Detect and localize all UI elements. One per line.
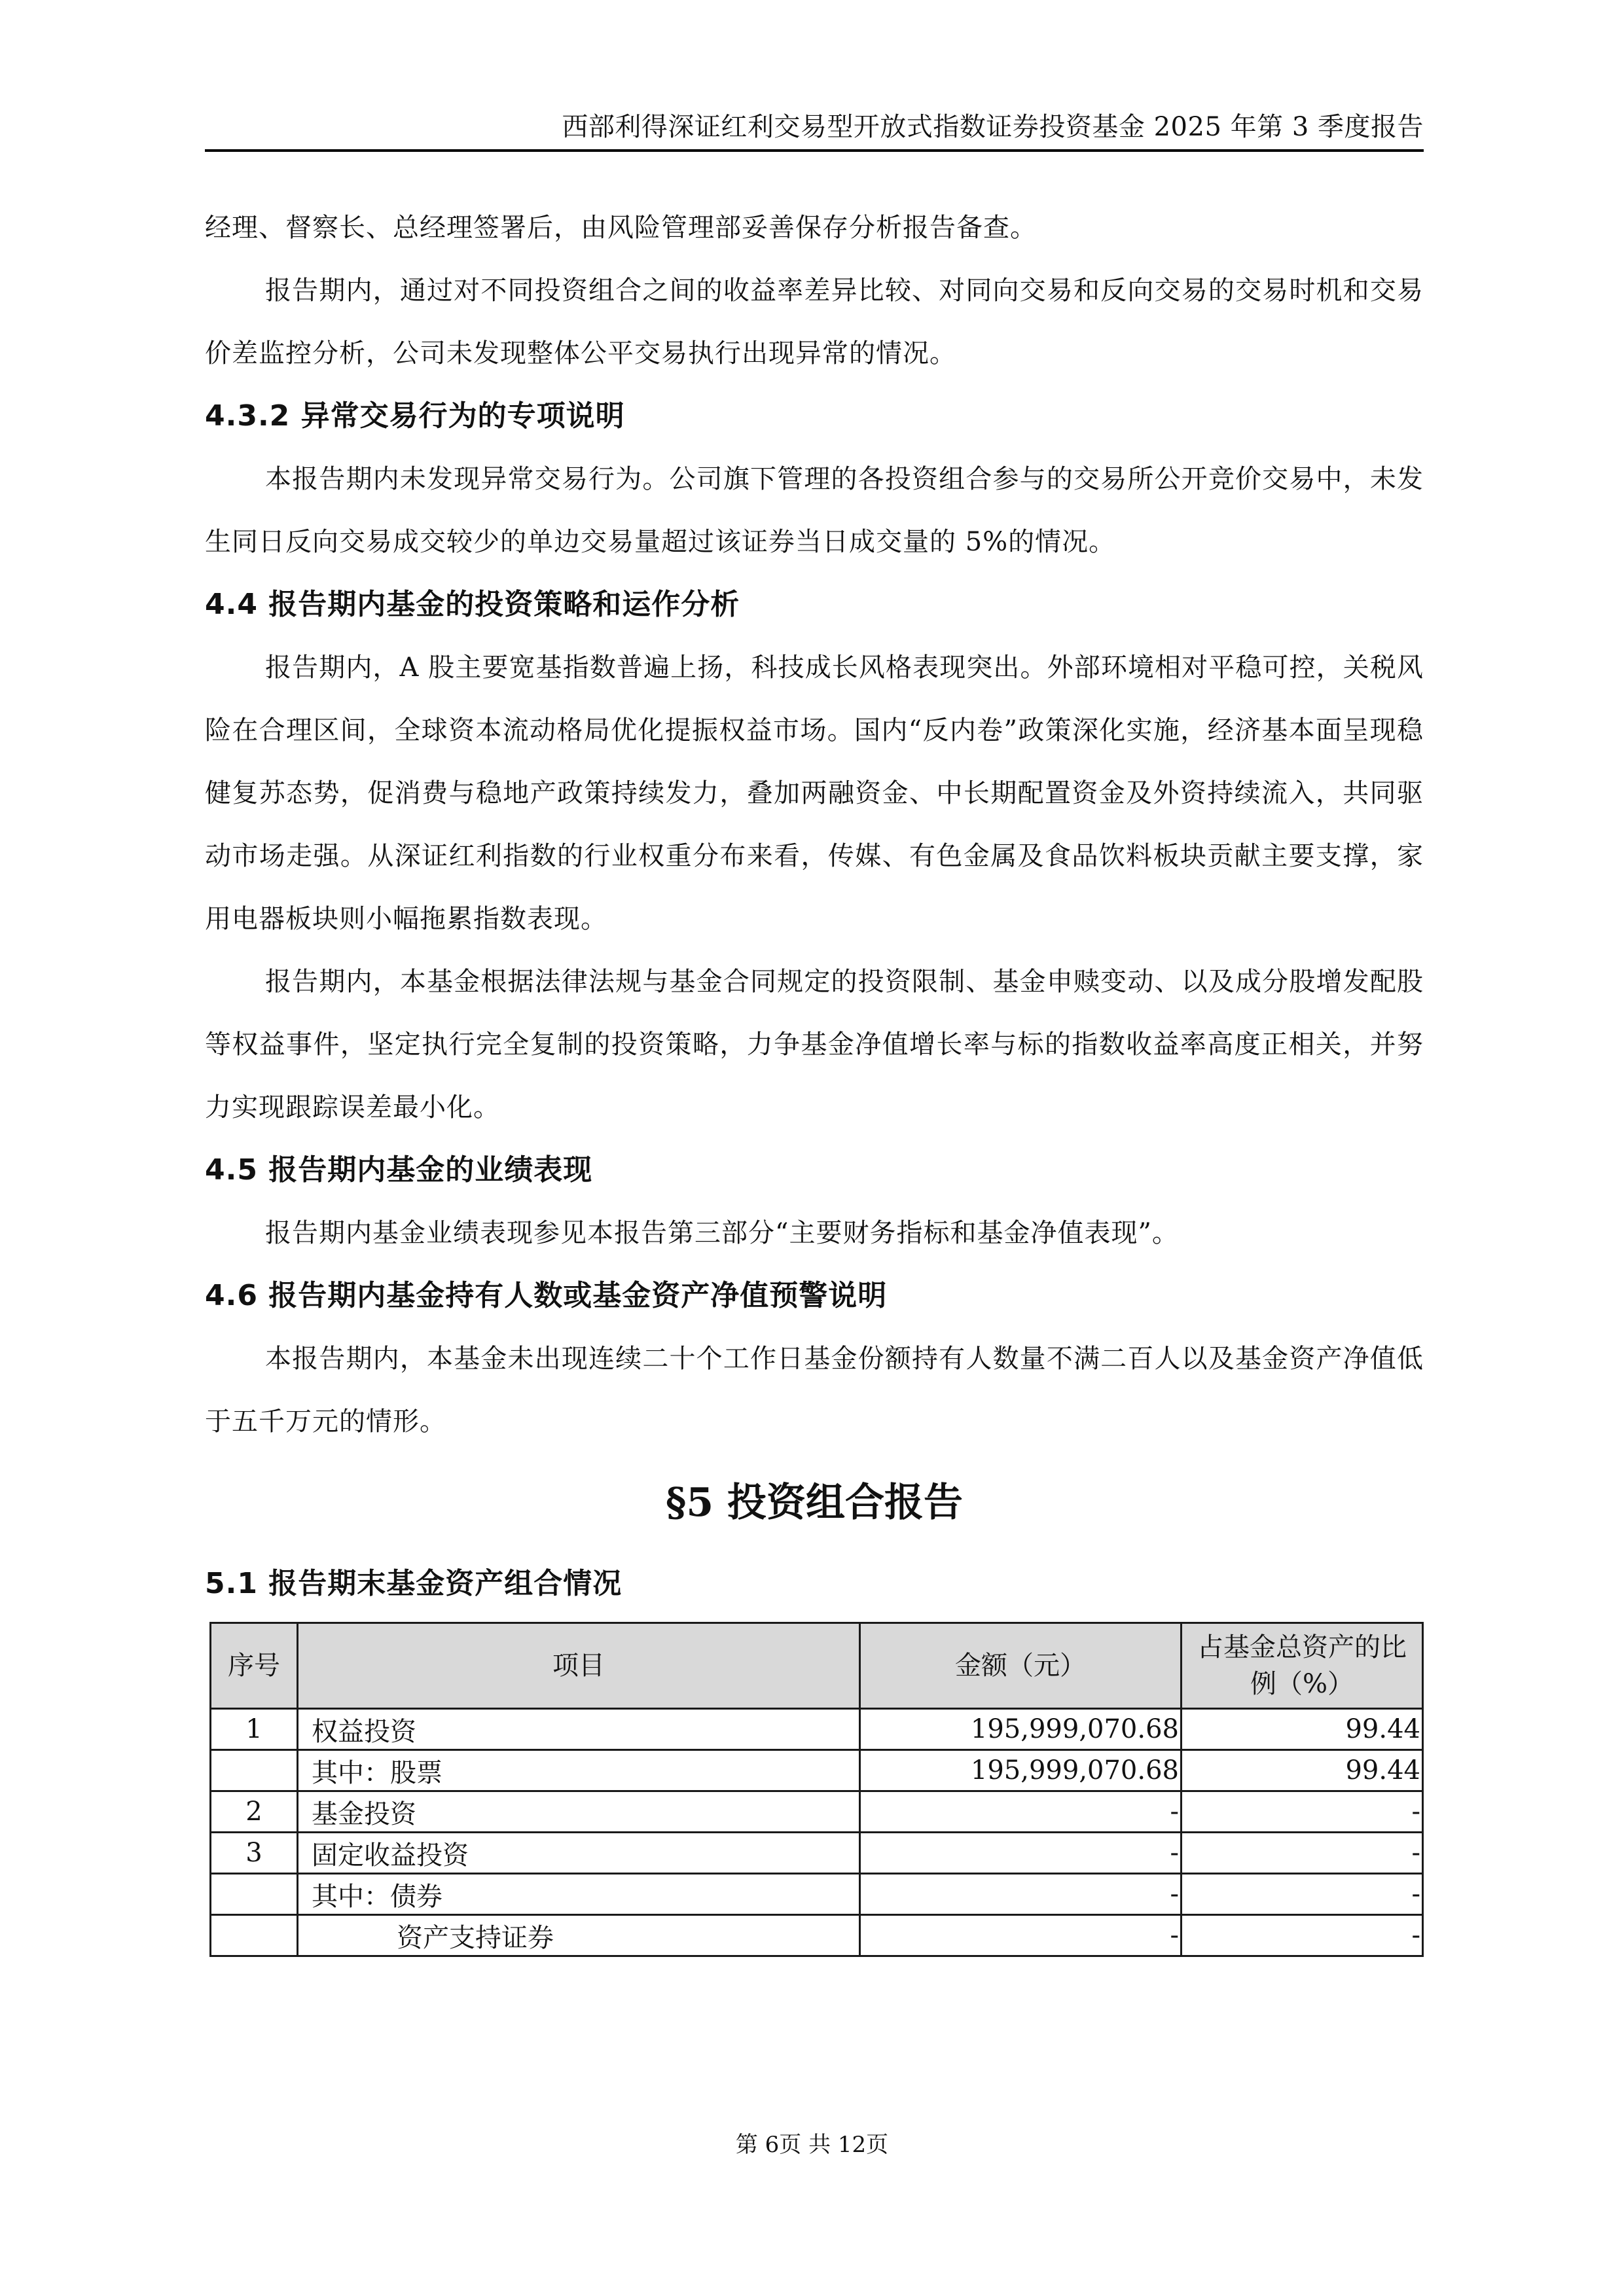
column-header-seq: 序号 xyxy=(211,1623,298,1709)
report-header-title: 西部利得深证红利交易型开放式指数证券投资基金 2025 年第 3 季度报告 xyxy=(205,110,1424,144)
asset-allocation-table: 序号 项目 金额（元） 占基金总资产的比例（%） 1 权益投资 195,999,… xyxy=(209,1622,1424,1957)
cell-item: 权益投资 xyxy=(298,1709,860,1750)
report-body: 经理、督察长、总经理签署后，由风险管理部妥善保存分析报告备查。 报告期内，通过对… xyxy=(205,196,1424,1957)
cell-ratio: - xyxy=(1182,1833,1423,1874)
page-number-footer: 第 6页 共 12页 xyxy=(0,2128,1624,2161)
cell-item: 其中：股票 xyxy=(298,1750,860,1791)
cell-ratio: 99.44 xyxy=(1182,1750,1423,1791)
paragraph: 报告期内基金业绩表现参见本报告第三部分“主要财务指标和基金净值表现”。 xyxy=(205,1202,1424,1265)
paragraph: 经理、督察长、总经理签署后，由风险管理部妥善保存分析报告备查。 xyxy=(205,196,1424,259)
column-header-amount: 金额（元） xyxy=(860,1623,1182,1709)
table-row: 2 基金投资 - - xyxy=(211,1791,1423,1833)
cell-seq xyxy=(211,1874,298,1915)
header-rule-divider xyxy=(205,149,1424,152)
table-row: 其中：债券 - - xyxy=(211,1874,1423,1915)
section-heading-4-6: 4.6 报告期内基金持有人数或基金资产净值预警说明 xyxy=(205,1265,1424,1327)
table-header-row: 序号 项目 金额（元） 占基金总资产的比例（%） xyxy=(211,1623,1423,1709)
cell-ratio: 99.44 xyxy=(1182,1709,1423,1750)
cell-ratio: - xyxy=(1182,1874,1423,1915)
paragraph: 报告期内，通过对不同投资组合之间的收益率差异比较、对同向交易和反向交易的交易时机… xyxy=(205,259,1424,385)
cell-item: 基金投资 xyxy=(298,1791,860,1833)
table-row: 1 权益投资 195,999,070.68 99.44 xyxy=(211,1709,1423,1750)
column-header-ratio: 占基金总资产的比例（%） xyxy=(1182,1623,1423,1709)
cell-ratio: - xyxy=(1182,1915,1423,1956)
paragraph: 本报告期内，本基金未出现连续二十个工作日基金份额持有人数量不满二百人以及基金资产… xyxy=(205,1327,1424,1453)
cell-seq xyxy=(211,1915,298,1956)
table-row: 3 固定收益投资 - - xyxy=(211,1833,1423,1874)
cell-seq: 3 xyxy=(211,1833,298,1874)
section-heading-4-4: 4.4 报告期内基金的投资策略和运作分析 xyxy=(205,573,1424,636)
column-header-item: 项目 xyxy=(298,1623,860,1709)
cell-amount: - xyxy=(860,1791,1182,1833)
cell-amount: - xyxy=(860,1874,1182,1915)
paragraph: 报告期内，本基金根据法律法规与基金合同规定的投资限制、基金申赎变动、以及成分股增… xyxy=(205,950,1424,1139)
cell-amount: - xyxy=(860,1833,1182,1874)
cell-item: 其中：债券 xyxy=(298,1874,860,1915)
section-heading-5-1: 5.1 报告期末基金资产组合情况 xyxy=(205,1552,1424,1615)
chapter-title-5: §5 投资组合报告 xyxy=(205,1470,1424,1535)
cell-seq: 2 xyxy=(211,1791,298,1833)
paragraph: 报告期内，A 股主要宽基指数普遍上扬，科技成长风格表现突出。外部环境相对平稳可控… xyxy=(205,636,1424,950)
cell-amount: 195,999,070.68 xyxy=(860,1750,1182,1791)
cell-amount: - xyxy=(860,1915,1182,1956)
cell-ratio: - xyxy=(1182,1791,1423,1833)
cell-seq: 1 xyxy=(211,1709,298,1750)
table-row: 资产支持证券 - - xyxy=(211,1915,1423,1956)
cell-item: 资产支持证券 xyxy=(298,1915,860,1956)
cell-item: 固定收益投资 xyxy=(298,1833,860,1874)
paragraph: 本报告期内未发现异常交易行为。公司旗下管理的各投资组合参与的交易所公开竞价交易中… xyxy=(205,448,1424,573)
cell-seq xyxy=(211,1750,298,1791)
section-heading-4-5: 4.5 报告期内基金的业绩表现 xyxy=(205,1139,1424,1202)
table-row: 其中：股票 195,999,070.68 99.44 xyxy=(211,1750,1423,1791)
cell-amount: 195,999,070.68 xyxy=(860,1709,1182,1750)
section-heading-4-3-2: 4.3.2 异常交易行为的专项说明 xyxy=(205,385,1424,448)
